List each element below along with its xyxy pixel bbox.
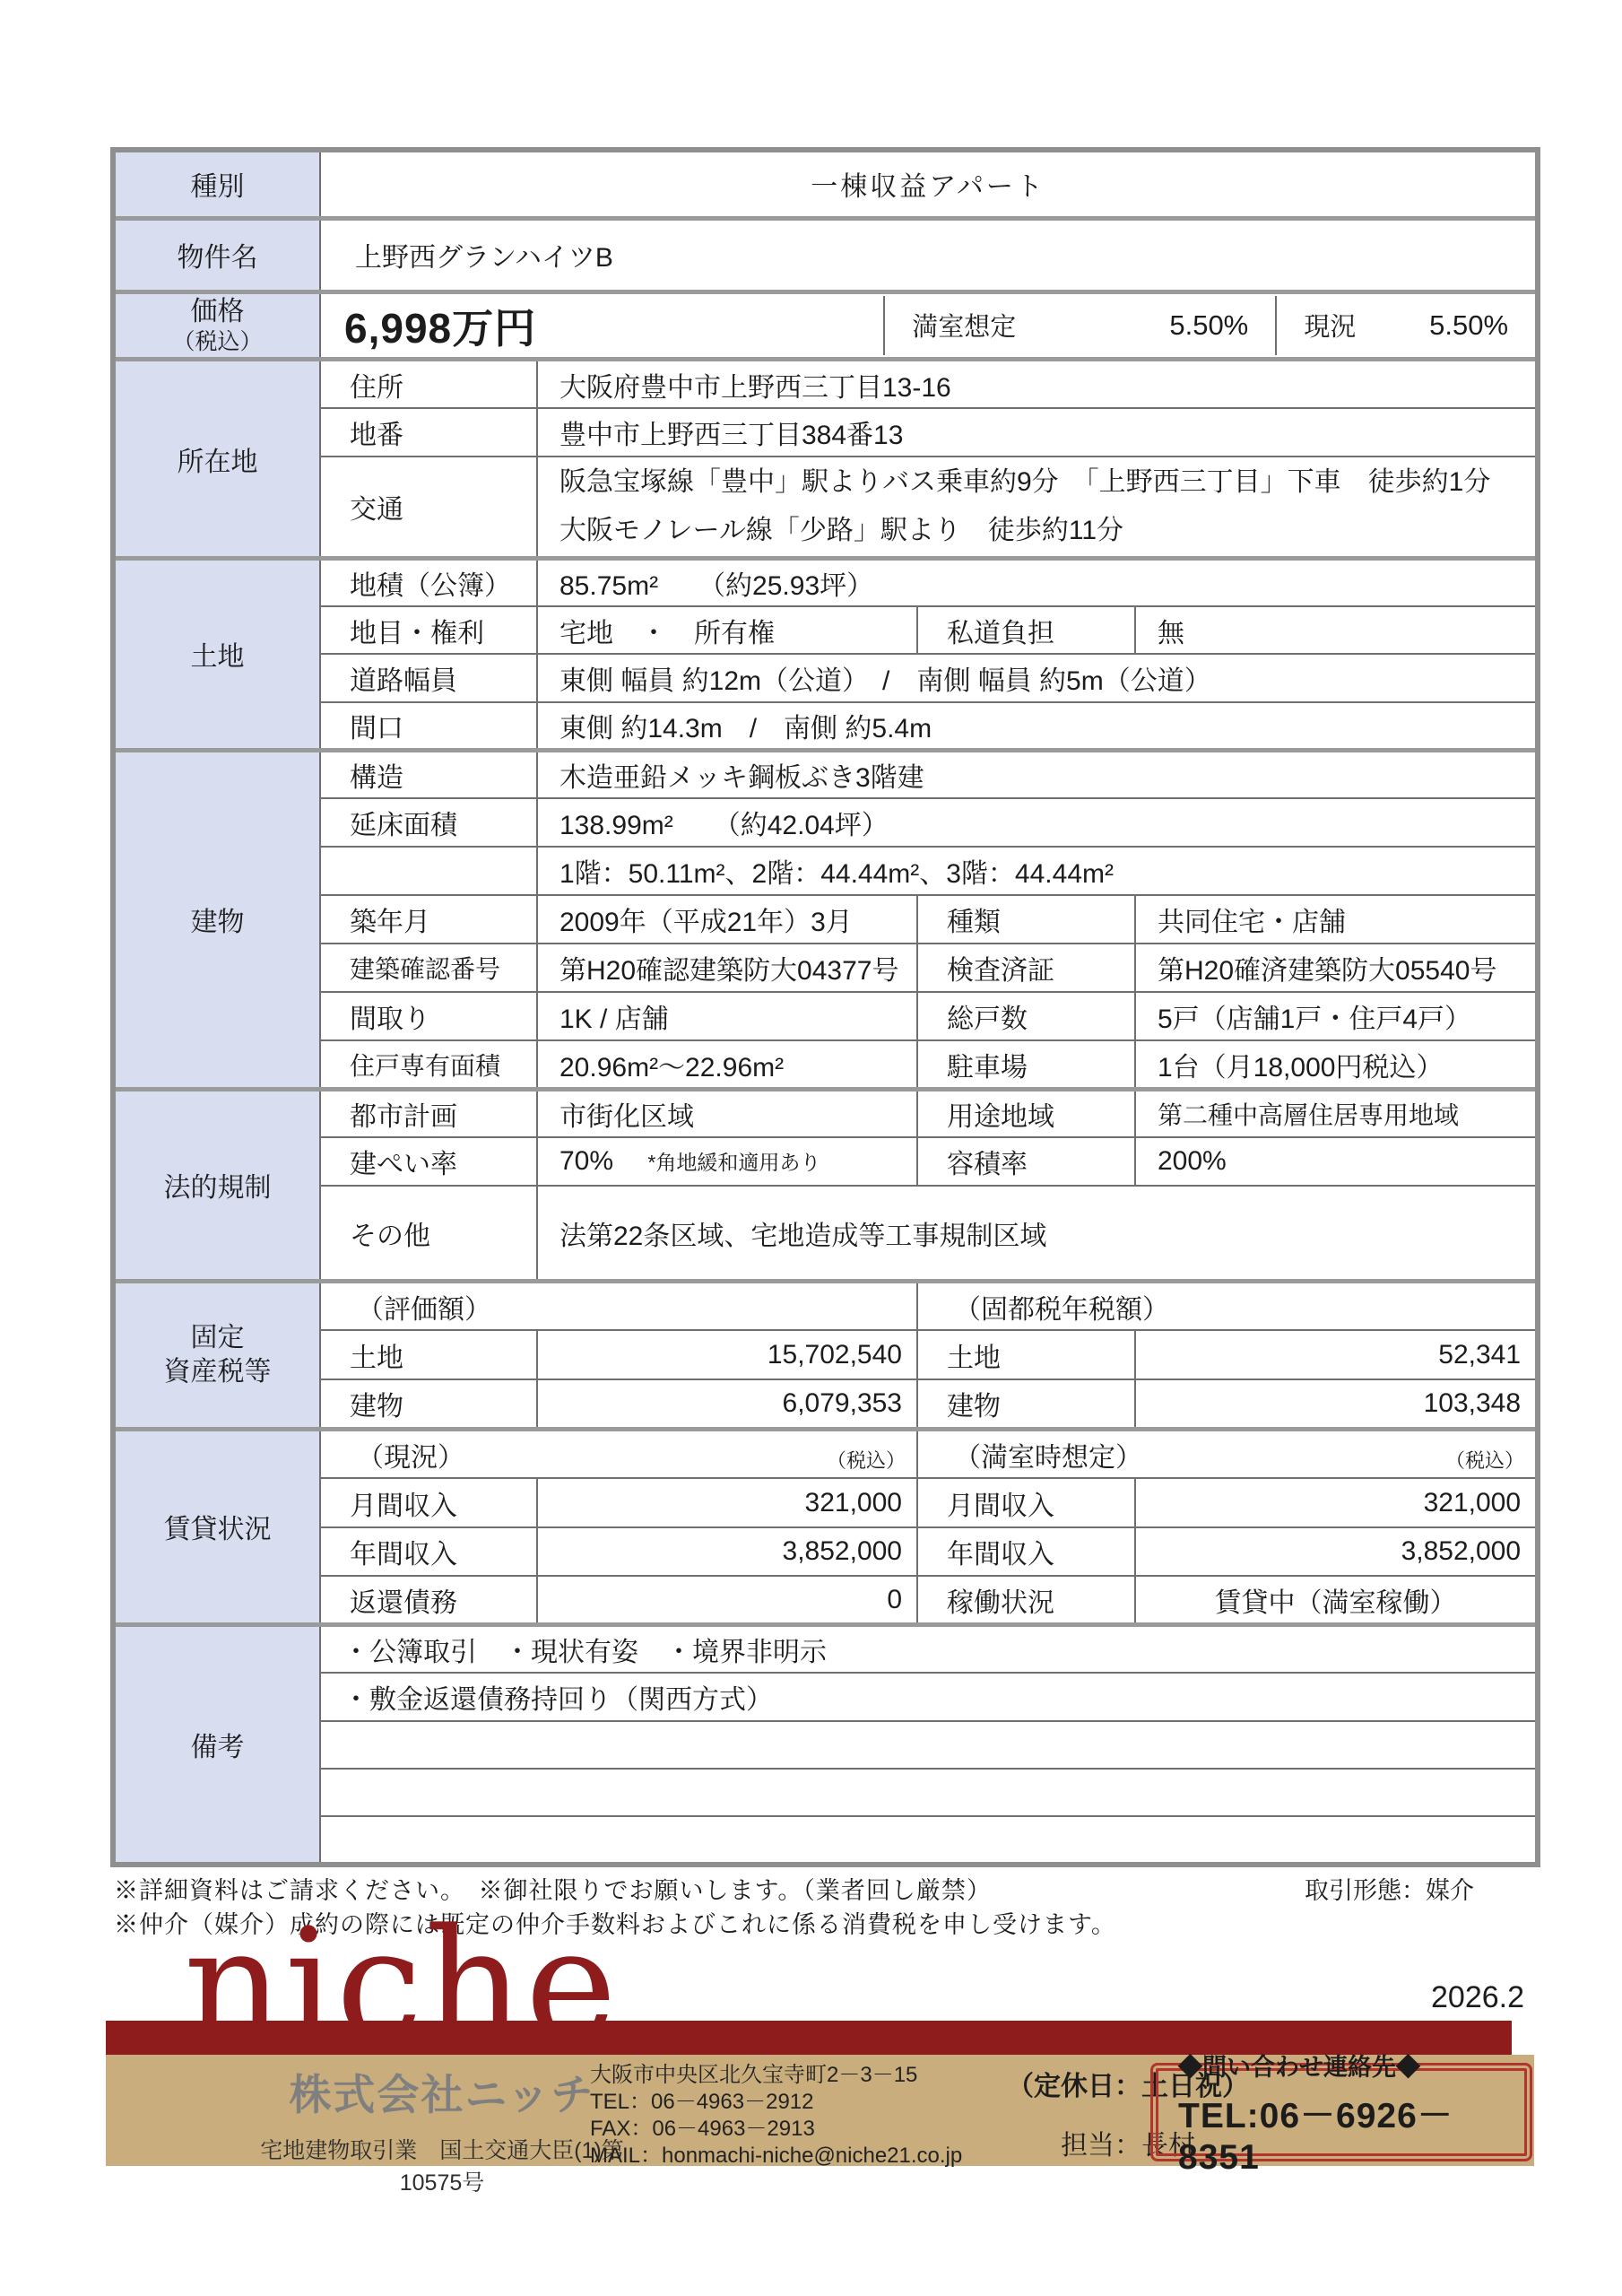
land-area-label: 地積（公簿）	[320, 558, 537, 606]
row-road-width: 道路幅員 東側 幅員 約12m（公道） / 南側 幅員 約5m（公道）	[113, 654, 1538, 702]
company-fax: FAX：06－4963－2913	[590, 2116, 962, 2143]
row-tax-building: 建物 6,079,353 建物 103,348	[113, 1379, 1538, 1429]
tax-building-assessed: 6,079,353	[537, 1379, 917, 1429]
price-cells: 6,998万円 満室想定 5.50% 現況 5.50%	[320, 291, 1538, 360]
transport-value: 阪急宝塚線「豊中」駅よりバス乗車約9分 「上野西三丁目」下車 徒歩約1分 大阪モ…	[537, 457, 1538, 559]
coverage-ratio-note: *角地緩和適用あり	[647, 1151, 820, 1174]
row-tax-headers: 固定 資産税等 （評価額） （固都税年税額）	[113, 1281, 1538, 1330]
coverage-ratio-pct: 70%	[559, 1146, 613, 1176]
address-value: 大阪府豊中市上野西三丁目13-16	[537, 360, 1538, 408]
price-label: 価格 （税込）	[113, 291, 320, 360]
row-remarks-2: ・敷金返還債務持回り（関西方式）	[113, 1673, 1538, 1721]
row-legal-other: その他 法第22条区域、宅地造成等工事規制区域	[113, 1186, 1538, 1281]
parking-value: 1台（月18,000円税込）	[1135, 1040, 1538, 1089]
row-land-area: 土地 地積（公簿） 85.75m² （約25.93坪）	[113, 558, 1538, 606]
occupancy-status-label: 稼働状況	[917, 1576, 1135, 1624]
annual-income-label2: 年間収入	[917, 1527, 1135, 1576]
layout-label: 間取り	[320, 992, 537, 1040]
row-rent-annual: 年間収入 3,852,000 年間収入 3,852,000	[113, 1527, 1538, 1576]
row-remarks-4	[113, 1769, 1538, 1816]
layout-value: 1K / 店舗	[537, 992, 917, 1040]
building-kind-label: 種類	[917, 895, 1135, 944]
tax-land-annual: 52,341	[1135, 1330, 1538, 1379]
price-label-line2: （税込）	[117, 328, 318, 356]
tax-land-label: 土地	[320, 1330, 537, 1379]
row-floor-breakdown: 1階：50.11m²、2階：44.44m²、3階：44.44m²	[113, 847, 1538, 895]
current-yield: 現況 5.50%	[1275, 296, 1535, 355]
row-tax-land: 土地 15,702,540 土地 52,341	[113, 1330, 1538, 1379]
row-frontage: 間口 東側 約14.3m / 南側 約5.4m	[113, 702, 1538, 750]
row-layout: 間取り 1K / 店舗 総戸数 5戸（店舗1戸・住戸4戸）	[113, 992, 1538, 1040]
land-area-value: 85.75m² （約25.93坪）	[537, 558, 1538, 606]
transport-line1: 阪急宝塚線「豊中」駅よりバス乗車約9分 「上野西三丁目」下車 徒歩約1分	[559, 458, 1534, 507]
location-section-label: 所在地	[113, 360, 320, 559]
property-spec-table: 種別 一棟収益アパート 物件名 上野西グランハイツB 価格 （税込） 6,998…	[110, 147, 1540, 1867]
full-occupancy-label: 満室想定	[912, 307, 1016, 344]
inquiry-contact-box: ◆問い合わせ連絡先◆ TEL:06－6926－8351	[1150, 2063, 1532, 2161]
row-address: 所在地 住所 大阪府豊中市上野西三丁目13-16	[113, 360, 1538, 408]
unit-count-value: 5戸（店舗1戸・住戸4戸）	[1135, 992, 1538, 1040]
built-year-label: 築年月	[320, 895, 537, 944]
rent-current-header-text: （現況）	[357, 1443, 464, 1473]
rent-current-header: （現況） （税込）	[320, 1429, 917, 1478]
niche-logo: niche	[184, 1909, 619, 2063]
row-remarks-3	[113, 1721, 1538, 1769]
floor-area-value: 138.99m² （約42.04坪）	[537, 798, 1538, 847]
land-category-value: 宅地 ・ 所有権	[537, 606, 917, 654]
building-permit-label: 建築確認番号	[320, 944, 537, 992]
unit-count-label: 総戸数	[917, 992, 1135, 1040]
coverage-ratio-label: 建ぺい率	[320, 1137, 537, 1186]
zoning-value: 第二種中高層住居専用地域	[1135, 1089, 1538, 1137]
monthly-income-label: 月間収入	[320, 1478, 537, 1527]
land-section-label: 土地	[113, 558, 320, 750]
coverage-ratio-value: 70% *角地緩和適用あり	[537, 1137, 917, 1186]
road-width-value: 東側 幅員 約12m（公道） / 南側 幅員 約5m（公道）	[537, 654, 1538, 702]
row-lot-number: 地番 豊中市上野西三丁目384番13	[113, 408, 1538, 457]
full-occupancy-yield: 満室想定 5.50%	[883, 296, 1275, 355]
type-label: 種別	[113, 150, 320, 218]
transaction-type: 取引形態：媒介	[1305, 1871, 1474, 1906]
remarks-line4-empty	[320, 1769, 1538, 1816]
inquiry-tel: TEL:06－6926－8351	[1178, 2088, 1524, 2178]
occupancy-status-value: 賃貸中（満室稼働）	[1135, 1576, 1538, 1624]
private-road-value: 無	[1135, 606, 1538, 654]
row-coverage-ratio: 建ぺい率 70% *角地緩和適用あり 容積率 200%	[113, 1137, 1538, 1186]
annual-income-full: 3,852,000	[1135, 1527, 1538, 1576]
parking-label: 駐車場	[917, 1040, 1135, 1089]
building-section-label: 建物	[113, 750, 320, 1089]
full-occupancy-value: 5.50%	[1169, 309, 1248, 342]
remarks-section-label: 備考	[113, 1624, 320, 1865]
annual-income-label: 年間収入	[320, 1527, 537, 1576]
row-structure: 建物 構造 木造亜鉛メッキ鋼板ぶき3階建	[113, 750, 1538, 798]
far-value: 200%	[1135, 1137, 1538, 1186]
row-remarks-5	[113, 1816, 1538, 1865]
far-label: 容積率	[917, 1137, 1135, 1186]
price-value: 6,998万円	[321, 296, 883, 355]
tax-section-line1: 固定	[117, 1321, 318, 1355]
built-year-value: 2009年（平成21年）3月	[537, 895, 917, 944]
remarks-line3-empty	[320, 1721, 1538, 1769]
unit-area-label: 住戸専有面積	[320, 1040, 537, 1089]
deposit-refund-label: 返還債務	[320, 1576, 537, 1624]
rent-full-tax-note: （税込）	[1445, 1446, 1524, 1474]
monthly-income-full: 321,000	[1135, 1478, 1538, 1527]
frontage-value: 東側 約14.3m / 南側 約5.4m	[537, 702, 1538, 750]
legal-section-label: 法的規制	[113, 1089, 320, 1281]
inquiry-title: ◆問い合わせ連絡先◆	[1178, 2048, 1524, 2083]
tax-building-label2: 建物	[917, 1379, 1135, 1429]
building-kind-value: 共同住宅・店舗	[1135, 895, 1538, 944]
row-property-name: 物件名 上野西グランハイツB	[113, 218, 1538, 291]
monthly-income-label2: 月間収入	[917, 1478, 1135, 1527]
row-rent-deposit: 返還債務 0 稼働状況 賃貸中（満室稼働）	[113, 1576, 1538, 1624]
unit-area-value: 20.96m²～22.96m²	[537, 1040, 917, 1089]
lot-number-value: 豊中市上野西三丁目384番13	[537, 408, 1538, 457]
lot-number-label: 地番	[320, 408, 537, 457]
row-transport: 交通 阪急宝塚線「豊中」駅よりバス乗車約9分 「上野西三丁目」下車 徒歩約1分 …	[113, 457, 1538, 559]
transport-label: 交通	[320, 457, 537, 559]
structure-value: 木造亜鉛メッキ鋼板ぶき3階建	[537, 750, 1538, 798]
row-land-category: 地目・権利 宅地 ・ 所有権 私道負担 無	[113, 606, 1538, 654]
row-built-year: 築年月 2009年（平成21年）3月 種類 共同住宅・店舗	[113, 895, 1538, 944]
tax-building-annual: 103,348	[1135, 1379, 1538, 1429]
floor-area-label: 延床面積	[320, 798, 537, 847]
legal-other-value: 法第22条区域、宅地造成等工事規制区域	[537, 1186, 1538, 1281]
rent-full-header: （満室時想定） （税込）	[917, 1429, 1538, 1478]
city-planning-label: 都市計画	[320, 1089, 537, 1137]
tax-section-line2: 資産税等	[117, 1355, 318, 1389]
private-road-label: 私道負担	[917, 606, 1135, 654]
frontage-label: 間口	[320, 702, 537, 750]
row-rent-monthly: 月間収入 321,000 月間収入 321,000	[113, 1478, 1538, 1527]
inspection-cert-label: 検査済証	[917, 944, 1135, 992]
price-label-line1: 価格	[117, 295, 318, 329]
land-category-label: 地目・権利	[320, 606, 537, 654]
tax-building-label: 建物	[320, 1379, 537, 1429]
property-flyer-page: 種別 一棟収益アパート 物件名 上野西グランハイツB 価格 （税込） 6,998…	[0, 0, 1622, 2296]
building-permit-value: 第H20確認建築防大04377号	[537, 944, 917, 992]
flyer-date: 2026.2	[1345, 1980, 1524, 2015]
road-width-label: 道路幅員	[320, 654, 537, 702]
assessed-value-header: （評価額）	[320, 1281, 917, 1330]
annual-tax-header: （固都税年税額）	[917, 1281, 1538, 1330]
company-tel: TEL：06－4963－2912	[590, 2089, 962, 2116]
remarks-line1: ・公簿取引 ・現状有姿 ・境界非明示	[320, 1624, 1538, 1673]
property-name-label: 物件名	[113, 218, 320, 291]
monthly-income-current: 321,000	[537, 1478, 917, 1527]
remarks-line5-empty	[320, 1816, 1538, 1865]
tax-section-label: 固定 資産税等	[113, 1281, 320, 1429]
inspection-cert-value: 第H20確済建築防大05540号	[1135, 944, 1538, 992]
row-floor-area: 延床面積 138.99m² （約42.04坪）	[113, 798, 1538, 847]
city-planning-value: 市街化区域	[537, 1089, 917, 1137]
legal-other-label: その他	[320, 1186, 537, 1281]
address-label: 住所	[320, 360, 537, 408]
annual-income-current: 3,852,000	[537, 1527, 917, 1576]
row-building-permit: 建築確認番号 第H20確認建築防大04377号 検査済証 第H20確済建築防大0…	[113, 944, 1538, 992]
rent-section-label: 賃貸状況	[113, 1429, 320, 1624]
deposit-refund-value: 0	[537, 1576, 917, 1624]
row-price: 価格 （税込） 6,998万円 満室想定 5.50% 現況 5.50%	[113, 291, 1538, 360]
zoning-label: 用途地域	[917, 1089, 1135, 1137]
rent-current-tax-note: （税込）	[827, 1446, 906, 1474]
row-remarks-1: 備考 ・公簿取引 ・現状有姿 ・境界非明示	[113, 1624, 1538, 1673]
floor-breakdown-value: 1階：50.11m²、2階：44.44m²、3階：44.44m²	[537, 847, 1538, 895]
company-contact-block: 大阪市中央区北久宝寺町2－3－15 TEL：06－4963－2912 FAX：0…	[590, 2062, 962, 2170]
rent-full-header-text: （満室時想定）	[954, 1443, 1142, 1473]
property-name-value: 上野西グランハイツB	[320, 218, 1538, 291]
company-address: 大阪市中央区北久宝寺町2－3－15	[590, 2062, 962, 2089]
row-type: 種別 一棟収益アパート	[113, 150, 1538, 218]
tax-land-label2: 土地	[917, 1330, 1135, 1379]
type-value: 一棟収益アパート	[320, 150, 1538, 218]
current-yield-label: 現況	[1304, 307, 1356, 344]
floor-breakdown-label-empty	[320, 847, 537, 895]
company-mail: MAIL：honmachi-niche@niche21.co.jp	[590, 2143, 962, 2170]
current-yield-value: 5.50%	[1429, 309, 1508, 342]
remarks-line2: ・敷金返還債務持回り（関西方式）	[320, 1673, 1538, 1721]
row-city-planning: 法的規制 都市計画 市街化区域 用途地域 第二種中高層住居専用地域	[113, 1089, 1538, 1137]
row-unit-area: 住戸専有面積 20.96m²～22.96m² 駐車場 1台（月18,000円税込…	[113, 1040, 1538, 1089]
structure-label: 構造	[320, 750, 537, 798]
row-rent-headers: 賃貸状況 （現況） （税込） （満室時想定） （税込）	[113, 1429, 1538, 1478]
transport-line2: 大阪モノレール線「少路」駅より 徒歩約11分	[559, 507, 1534, 555]
tax-land-assessed: 15,702,540	[537, 1330, 917, 1379]
